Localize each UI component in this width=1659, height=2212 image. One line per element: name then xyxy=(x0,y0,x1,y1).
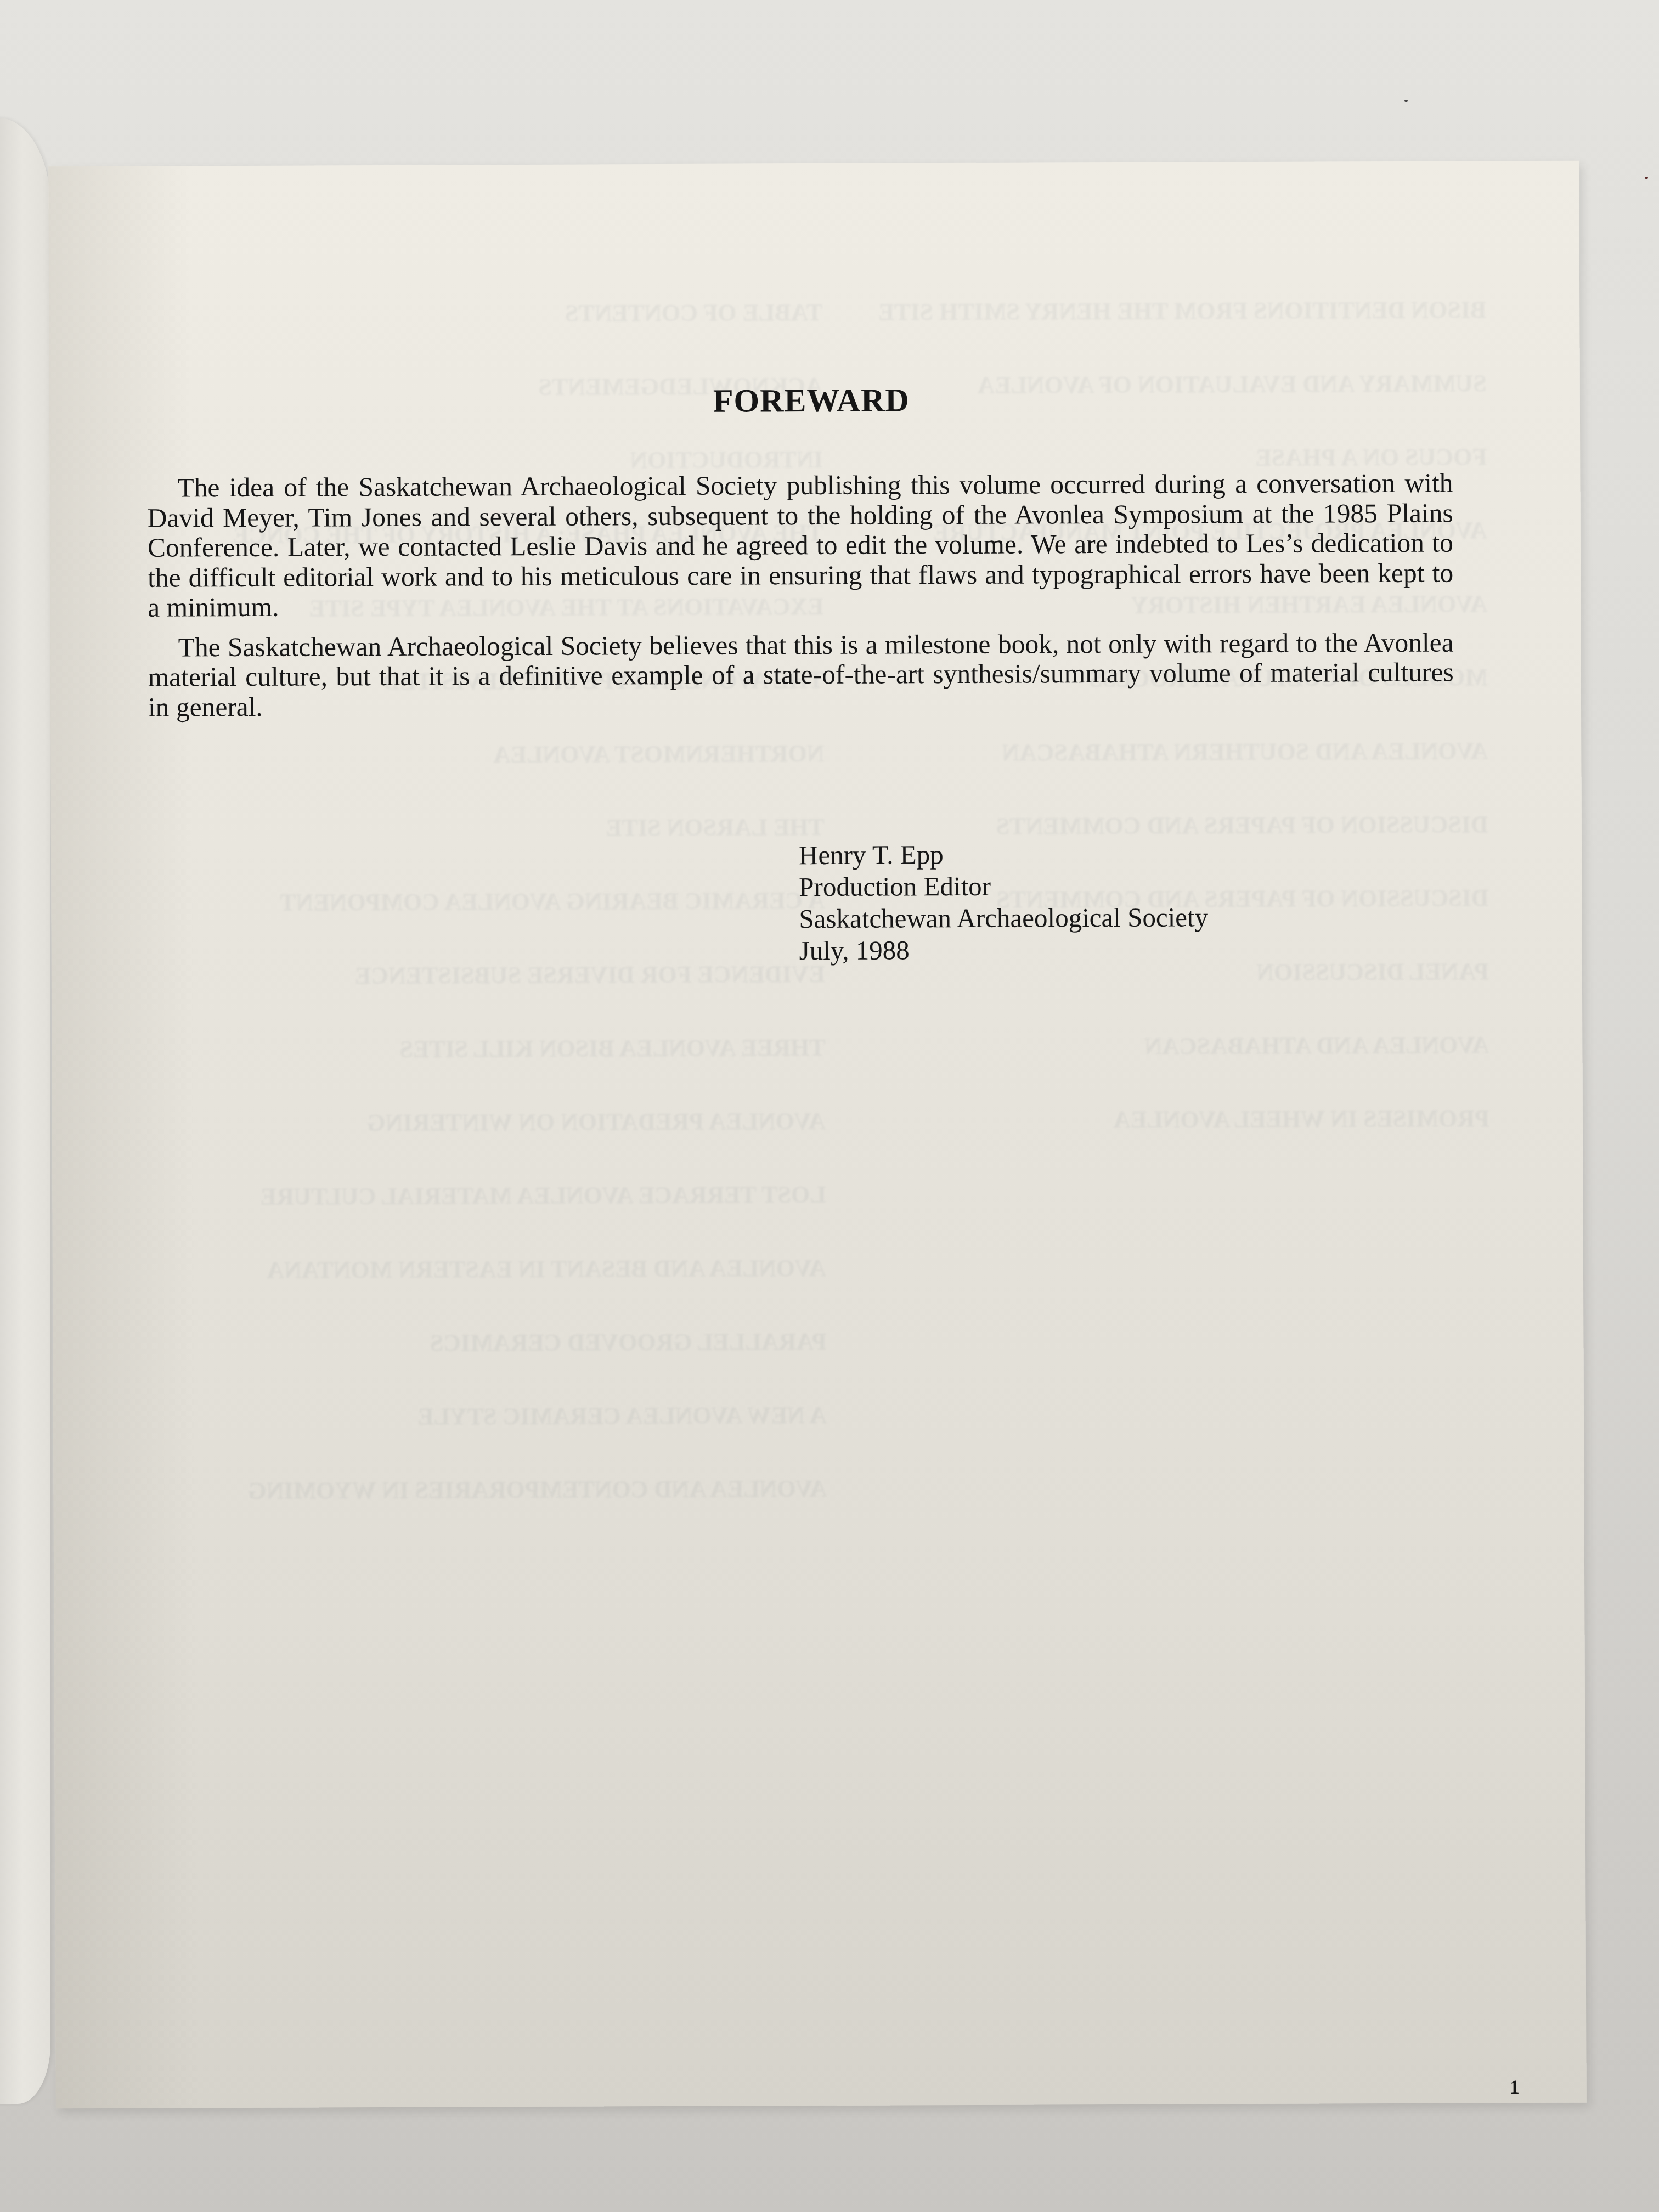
show-through-line: PROMISES IN WHEEL AVONLEA xyxy=(853,1101,1489,1138)
show-through-line: A CERAMIC BEARING AVONLEA COMPONENT xyxy=(232,883,825,921)
page-title: FOREWARD xyxy=(147,379,1502,422)
show-through-line: AVONLEA PREDATION ON WINTERING xyxy=(233,1104,826,1141)
show-through-line: AVONLEA AND SOUTHERN ATHABASCAN xyxy=(851,733,1488,771)
paragraph: The Saskatchewan Archaeological Society … xyxy=(148,628,1454,723)
show-through-line: THE LARSON SITE xyxy=(232,810,825,847)
book-page: TABLE OF CONTENTSACKNOWLEDGEMENTSINTRODU… xyxy=(48,161,1587,2109)
foreword-body: The idea of the Saskatchewan Archaeologi… xyxy=(147,469,1454,732)
page-content: FOREWARD The idea of the Saskatchewan Ar… xyxy=(146,161,1501,166)
dust-speck xyxy=(1645,177,1648,179)
signature-organization: Saskatchewan Archaeological Society xyxy=(799,901,1208,935)
show-through-line: AVONLEA AND ATHABASCAN xyxy=(853,1028,1489,1065)
dust-speck xyxy=(1404,100,1408,102)
show-through-line: AVONLEA AND CONTEMPORARIES IN WYOMING xyxy=(234,1471,827,1509)
show-through-line: NORTHERNMOST AVONLEA xyxy=(232,736,824,774)
show-through-line: EVIDENCE FOR DIVERSE SUBSISTENCE xyxy=(233,957,825,994)
page-number: 1 xyxy=(1510,2075,1520,2098)
show-through-right-column: BISON DENTITIONS FROM THE HENRY SMITH SI… xyxy=(850,292,1489,1177)
show-through-line: BISON DENTITIONS FROM THE HENRY SMITH SI… xyxy=(850,292,1486,330)
show-through-line: AVONLEA AND BESANT IN EASTERN MONTANA xyxy=(234,1251,826,1288)
signature-name: Henry T. Epp xyxy=(799,838,1208,871)
show-through-line: PARALLEL GROOVED CERAMICS xyxy=(234,1324,826,1362)
show-through-line: LOST TERRACE AVONLEA MATERIAL CULTURE xyxy=(233,1177,826,1215)
signature-block: Henry T. Epp Production Editor Saskatche… xyxy=(799,838,1209,967)
show-through-line: TABLE OF CONTENTS xyxy=(230,295,822,332)
signature-date: July, 1988 xyxy=(799,933,1209,967)
show-through-line: THREE AVONLEA BISON KILL SITES xyxy=(233,1030,825,1068)
show-through-line: A NEW AVONLEA CERAMIC STYLE xyxy=(234,1398,827,1435)
paragraph: The idea of the Saskatchewan Archaeologi… xyxy=(147,469,1453,623)
previous-page-edge xyxy=(0,118,50,2104)
signature-role: Production Editor xyxy=(799,870,1208,903)
